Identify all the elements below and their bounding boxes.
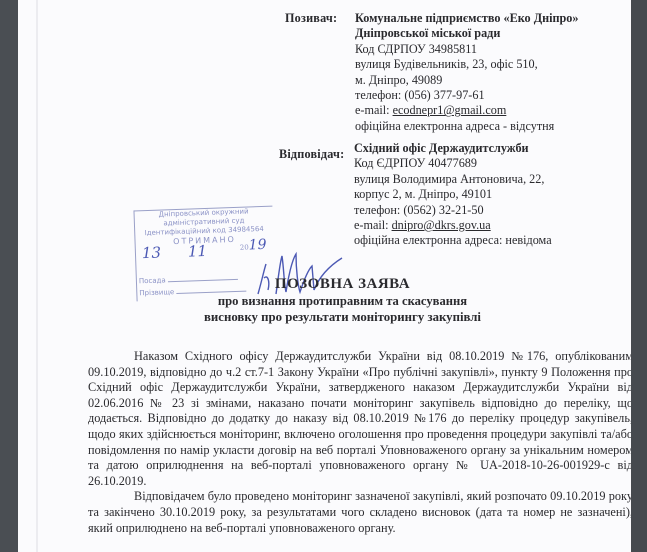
plaintiff-address-line2: м. Дніпро, 49089 (355, 73, 578, 88)
defendant-email-label: e-mail: (354, 218, 392, 232)
stamp-day: 13 (142, 249, 161, 259)
document-title: ПОЗОВНА ЗАЯВА (36, 276, 631, 293)
plaintiff-email-label: e-mail: (355, 103, 393, 117)
plaintiff-edrpou: Код СДРПОУ 34985811 (355, 42, 578, 57)
document-page: Позивач: Комунальне підприємство «Еко Дн… (18, 0, 631, 552)
defendant-edrpou: Код ЄДРПОУ 40477689 (354, 156, 552, 171)
body-paragraph-2: Відповідачем було проведено моніторинг з… (88, 489, 631, 536)
defendant-address-line2: корпус 2, м. Дніпро, 49101 (354, 187, 552, 202)
stamp-year-prefix: 20 (240, 243, 249, 251)
defendant-role-label: Відповідач: (279, 147, 344, 162)
plaintiff-name-line1: Комунальне підприємство «Еко Дніпро» (355, 11, 578, 26)
defendant-email-link[interactable]: dnipro@dkrs.gov.ua (392, 218, 491, 232)
defendant-address-line1: вулиця Володимира Антоновича, 22, (354, 172, 552, 187)
plaintiff-email-row: e-mail: ecodnepr1@gmail.com (355, 103, 578, 118)
document-body: Наказом Східного офісу Держаудитслужби У… (88, 349, 631, 536)
document-subtitle-line1: про визнання протиправним та скасування (36, 294, 631, 309)
plaintiff-role-label: Позивач: (285, 11, 337, 26)
defendant-name: Східний офіс Держаудитслужби (354, 141, 552, 156)
plaintiff-official-email: офіційна електронна адреса - відсутня (355, 119, 578, 134)
viewer-right-edge (631, 0, 647, 552)
defendant-phone: телефон: (0562) 32-21-50 (354, 203, 552, 218)
body-paragraph-1: Наказом Східного офісу Держаудитслужби У… (88, 349, 631, 489)
stamp-month: 11 (188, 247, 207, 257)
defendant-official-email: офіційна електронна адреса: невідома (354, 233, 552, 248)
plaintiff-address-line1: вулиця Будівельників, 23, офіс 510, (355, 57, 578, 72)
plaintiff-phone: телефон: (056) 377-97-61 (355, 88, 578, 103)
plaintiff-email-link[interactable]: ecodnepr1@gmail.com (393, 103, 507, 117)
defendant-email-row: e-mail: dnipro@dkrs.gov.ua (354, 218, 552, 233)
document-subtitle-line2: висновку про результати моніторингу заку… (36, 310, 631, 325)
plaintiff-name-line2: Дніпровської міської ради (355, 26, 578, 41)
